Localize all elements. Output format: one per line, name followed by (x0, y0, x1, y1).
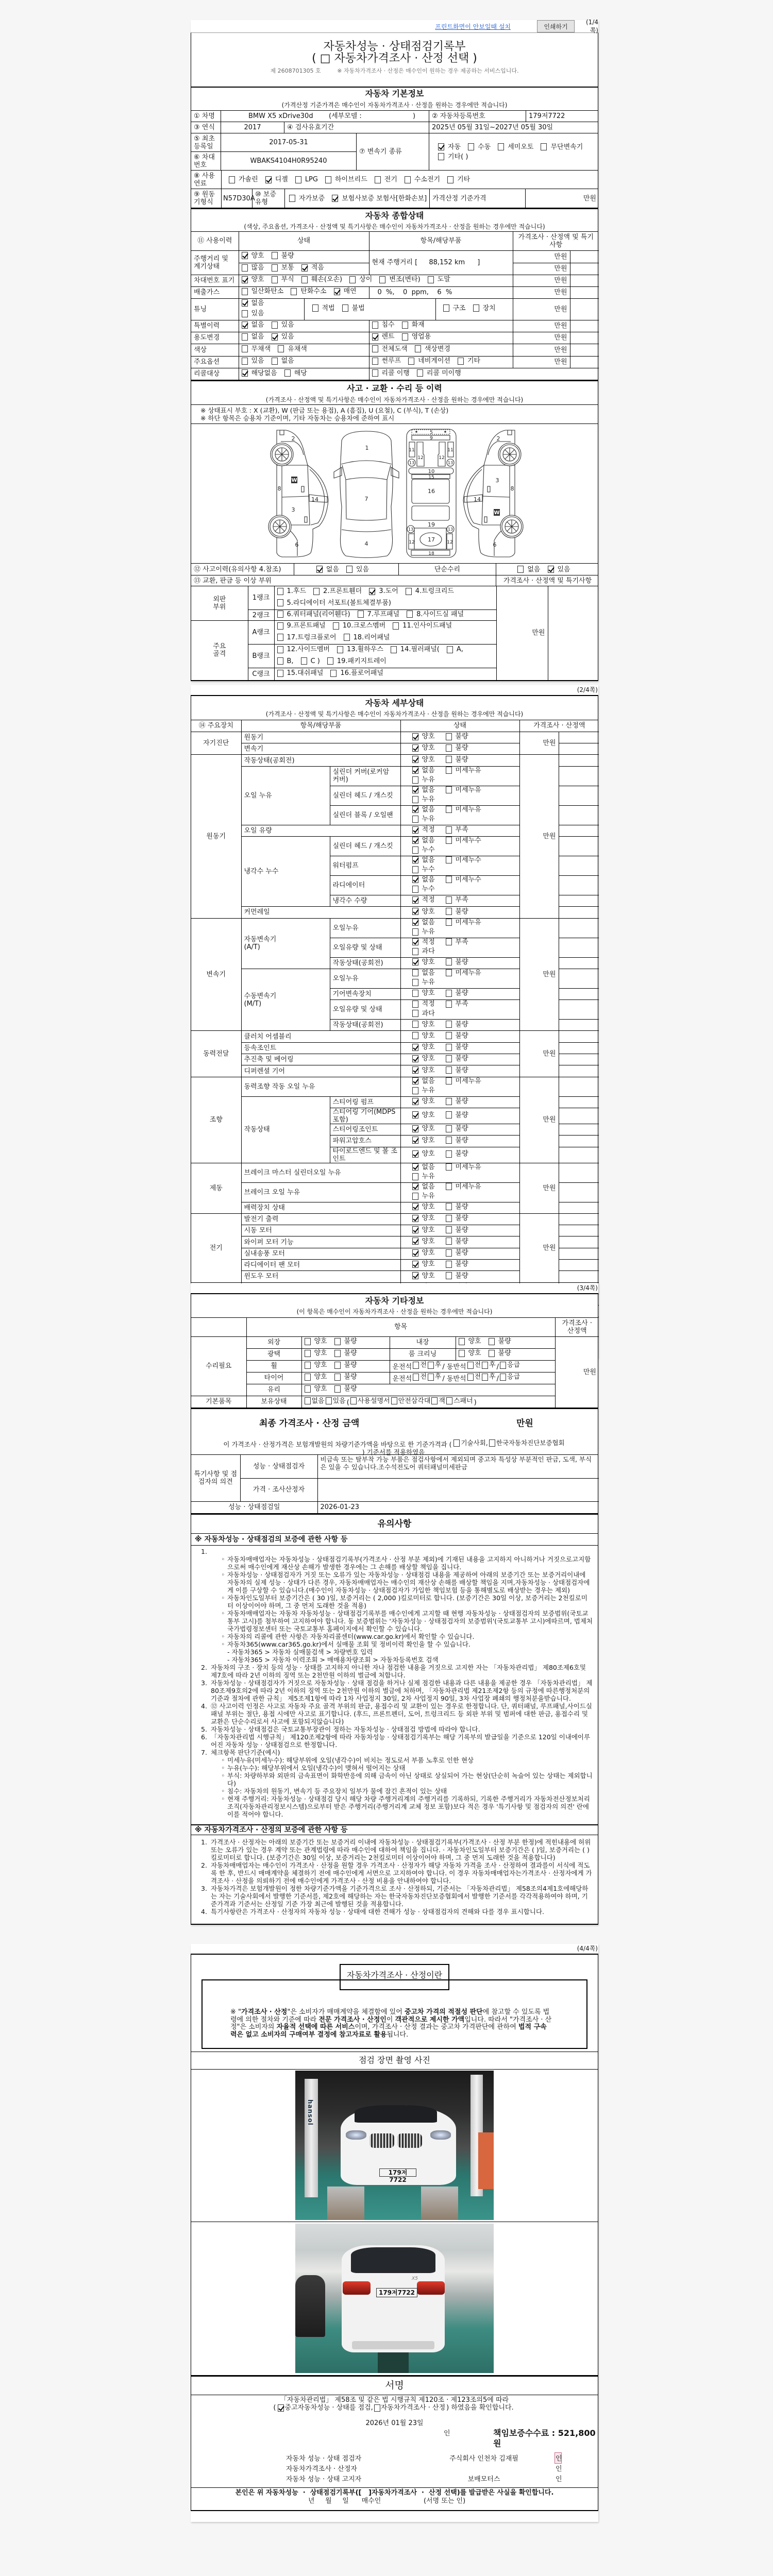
checkbox-icon[interactable] (446, 806, 452, 813)
checkbox-icon[interactable] (489, 1350, 495, 1357)
checked-checkbox-icon[interactable] (242, 252, 248, 259)
checkbox-icon[interactable] (446, 1032, 452, 1039)
checked-checkbox-icon[interactable] (412, 856, 418, 863)
checkbox-option[interactable]: 없음 (412, 1183, 446, 1191)
checkbox-option[interactable]: 양호 (412, 1032, 446, 1040)
checked-checkbox-icon[interactable] (242, 299, 248, 307)
checkbox-icon[interactable] (334, 1374, 341, 1381)
checkbox-icon[interactable] (468, 143, 474, 150)
checkbox-option[interactable]: 전기 (375, 176, 397, 183)
checkbox-option[interactable]: 세미오토 (498, 143, 533, 151)
checkbox-option[interactable]: 양호 (412, 1125, 446, 1132)
checkbox-icon[interactable] (446, 1215, 452, 1222)
checkbox-option[interactable]: 상이 (349, 276, 372, 283)
print-help-link[interactable]: 프린트화면이 안보일때 설치 (435, 22, 511, 31)
checkbox-option[interactable]: 무단변속기 (541, 143, 583, 151)
checkbox-icon[interactable] (415, 345, 421, 352)
checkbox-option[interactable]: 양호 (412, 1272, 446, 1280)
checkbox-icon[interactable] (374, 2404, 380, 2412)
checkbox-option[interactable]: 불량 (446, 989, 491, 997)
checked-checkbox-icon[interactable] (412, 733, 418, 740)
checkbox-option[interactable]: 양호 (412, 1150, 446, 1158)
checkbox-icon[interactable] (277, 634, 283, 641)
checkbox-option[interactable]: 유채색 (278, 345, 307, 353)
checkbox-option[interactable]: 부족 (446, 1000, 491, 1008)
checkbox-option[interactable]: 양호 (305, 1385, 327, 1393)
checkbox-option[interactable]: 불량 (334, 1337, 357, 1345)
checkbox-icon[interactable] (301, 657, 307, 665)
checked-checkbox-icon[interactable] (334, 288, 340, 295)
checkbox-option[interactable]: 불량 (446, 744, 491, 752)
checkbox-icon[interactable] (489, 1439, 495, 1447)
checkbox-option[interactable]: 양호 (412, 958, 446, 966)
checkbox-icon[interactable] (242, 310, 248, 317)
checked-checkbox-icon[interactable] (412, 767, 418, 774)
checkbox-option[interactable]: 없음 (412, 969, 446, 977)
checkbox-option[interactable]: 양호 (412, 1021, 446, 1028)
checked-checkbox-icon[interactable] (316, 566, 323, 573)
checkbox-option[interactable]: 양호 (242, 252, 264, 260)
checkbox-option[interactable]: 가솔린 (229, 176, 258, 183)
checkbox-icon[interactable] (446, 1021, 452, 1028)
checkbox-option[interactable]: 누유 (412, 795, 446, 803)
checkbox-option[interactable]: 적정 (412, 938, 446, 946)
checkbox-option[interactable]: 영업용 (402, 333, 431, 341)
checkbox-option[interactable]: 15.대쉬패널 (277, 669, 324, 677)
checked-checkbox-icon[interactable] (412, 1163, 418, 1171)
checkbox-icon[interactable] (500, 1374, 506, 1381)
checkbox-icon[interactable] (467, 1374, 474, 1381)
checkbox-option[interactable]: 누수 (412, 846, 446, 854)
checkbox-option[interactable]: 불량 (334, 1385, 357, 1393)
checked-checkbox-icon[interactable] (332, 195, 338, 202)
checkbox-option[interactable]: 미세누유 (446, 919, 491, 926)
checkbox-icon[interactable] (446, 1397, 452, 1404)
checkbox-icon[interactable] (446, 1203, 452, 1210)
checkbox-option[interactable]: 7.루프패널 (358, 611, 400, 618)
checkbox-option[interactable]: 일산화탄소 (242, 287, 284, 295)
checkbox-icon[interactable] (446, 1125, 452, 1132)
checkbox-option[interactable]: 불법 (342, 304, 365, 312)
checkbox-option[interactable]: 16.플로어패널 (330, 669, 383, 677)
checkbox-icon[interactable] (446, 1226, 452, 1233)
checked-checkbox-icon[interactable] (412, 1215, 418, 1222)
checkbox-option[interactable]: 없음 (242, 299, 264, 308)
checkbox-option[interactable]: 없음 (305, 1397, 325, 1405)
checkbox-icon[interactable] (391, 1397, 397, 1404)
checked-checkbox-icon[interactable] (412, 1226, 418, 1233)
checkbox-icon[interactable] (446, 1111, 452, 1118)
checkbox-option[interactable]: 불량 (446, 1260, 491, 1268)
checkbox-option[interactable]: 리콜 이행 (372, 369, 410, 377)
checkbox-option[interactable]: 적음 (301, 264, 324, 272)
checkbox-option[interactable]: 양호 (305, 1361, 327, 1369)
checked-checkbox-icon[interactable] (412, 786, 418, 793)
checkbox-icon[interactable] (453, 1439, 460, 1447)
checkbox-option[interactable]: 자가보증 (289, 195, 325, 202)
checkbox-option[interactable]: 장치 (473, 304, 496, 312)
checkbox-option[interactable]: 8.사이드실 패널 (407, 611, 464, 618)
checkbox-icon[interactable] (375, 176, 381, 183)
checkbox-option[interactable]: 전 (413, 1361, 427, 1369)
checkbox-option[interactable]: 적정 (412, 826, 446, 834)
checkbox-icon[interactable] (358, 611, 364, 618)
checkbox-option[interactable]: 불량 (334, 1349, 357, 1357)
checkbox-option[interactable]: 없음 (412, 786, 446, 794)
checkbox-option[interactable]: 불량 (446, 1272, 491, 1280)
checkbox-option[interactable]: 부족 (446, 896, 491, 904)
checkbox-option[interactable]: 네비게이션 (408, 357, 450, 365)
checkbox-option[interactable]: 양호 (412, 1097, 446, 1105)
checked-checkbox-icon[interactable] (412, 1077, 418, 1084)
checkbox-icon[interactable] (446, 1249, 452, 1257)
checkbox-icon[interactable] (446, 1272, 452, 1279)
checkbox-option[interactable]: 불량 (446, 733, 491, 740)
checked-checkbox-icon[interactable] (412, 1183, 418, 1190)
checkbox-option[interactable]: 있음 (272, 333, 294, 341)
checkbox-option[interactable]: 매연 (334, 287, 357, 295)
checked-checkbox-icon[interactable] (412, 1261, 418, 1268)
checkbox-icon[interactable] (305, 1338, 311, 1345)
checkbox-icon[interactable] (305, 1362, 311, 1369)
checkbox-option[interactable]: 리콜 미이행 (417, 369, 461, 377)
checkbox-icon[interactable] (372, 345, 378, 352)
checkbox-option[interactable]: 불량 (446, 1055, 491, 1062)
checkbox-icon[interactable] (412, 979, 418, 986)
checkbox-icon[interactable] (446, 1137, 452, 1144)
checkbox-option[interactable]: 스패너 (446, 1397, 473, 1405)
checkbox-icon[interactable] (301, 276, 308, 283)
checkbox-icon[interactable] (412, 816, 418, 823)
checkbox-option[interactable]: 19.패키지트레이 (327, 656, 386, 666)
checkbox-option[interactable]: 사용설명서 (350, 1397, 390, 1405)
checkbox-option[interactable]: 중고자동차성능 · 상태를 점검, (278, 2404, 373, 2412)
checked-checkbox-icon[interactable] (412, 837, 418, 844)
checkbox-icon[interactable] (326, 1397, 332, 1404)
checkbox-option[interactable]: 도말 (428, 276, 450, 283)
checkbox-icon[interactable] (272, 321, 278, 329)
checkbox-option[interactable]: 불량 (334, 1373, 357, 1381)
checkbox-icon[interactable] (541, 143, 547, 150)
checkbox-icon[interactable] (473, 304, 479, 312)
checkbox-icon[interactable] (313, 588, 320, 595)
checkbox-option[interactable]: 양호 (412, 1260, 446, 1268)
checkbox-icon[interactable] (446, 938, 452, 945)
checkbox-option[interactable]: 적정 (412, 896, 446, 904)
checkbox-option[interactable]: 양호 (412, 756, 446, 764)
checkbox-icon[interactable] (412, 1021, 418, 1028)
checkbox-icon[interactable] (346, 566, 352, 573)
checked-checkbox-icon[interactable] (265, 176, 272, 183)
checkbox-icon[interactable] (337, 646, 343, 653)
checked-checkbox-icon[interactable] (412, 938, 418, 945)
checkbox-option[interactable]: 과다 (412, 947, 446, 955)
checkbox-option[interactable]: 양호 (412, 1137, 446, 1144)
checkbox-option[interactable]: 양호 (412, 989, 446, 997)
checkbox-option[interactable]: 불량 (446, 1249, 491, 1257)
checkbox-option[interactable]: 6.쿼터패널(리어휀다) (277, 611, 350, 618)
checkbox-option[interactable]: 3.도어 (369, 586, 398, 596)
checkbox-option[interactable]: 17.트렁크플로어 (277, 633, 337, 642)
checkbox-icon[interactable] (446, 958, 452, 965)
checkbox-icon[interactable] (242, 345, 248, 352)
checkbox-option[interactable]: 누수 (412, 885, 446, 893)
checkbox-icon[interactable] (379, 276, 385, 283)
checkbox-icon[interactable] (242, 264, 248, 272)
checkbox-option[interactable]: 없음 (242, 333, 264, 341)
checkbox-icon[interactable] (446, 786, 452, 793)
checkbox-option[interactable]: 불량 (272, 252, 294, 260)
checkbox-option[interactable]: 양호 (305, 1337, 327, 1345)
checkbox-icon[interactable] (412, 1001, 418, 1008)
checkbox-option[interactable]: 후 (482, 1361, 496, 1369)
checkbox-option[interactable]: 썬루프 (372, 357, 401, 365)
checkbox-option[interactable]: 있음 (548, 566, 570, 573)
checkbox-option[interactable]: 불량 (489, 1349, 511, 1357)
checkbox-icon[interactable] (446, 1077, 452, 1084)
checkbox-icon[interactable] (344, 634, 350, 641)
checkbox-option[interactable]: 있음 (272, 321, 294, 329)
checkbox-option[interactable]: 양호 (412, 908, 446, 916)
checkbox-icon[interactable] (417, 369, 423, 377)
checked-checkbox-icon[interactable] (412, 1249, 418, 1257)
checkbox-icon[interactable] (402, 333, 408, 341)
checked-checkbox-icon[interactable] (412, 1137, 418, 1144)
checkbox-option[interactable]: 전 (467, 1373, 481, 1381)
checkbox-option[interactable]: 보통 (272, 264, 294, 272)
checkbox-icon[interactable] (305, 1385, 311, 1393)
checkbox-option[interactable]: 과다 (412, 1010, 446, 1018)
checkbox-option[interactable]: 부족 (446, 826, 491, 834)
checkbox-option[interactable]: 기타 (458, 357, 480, 365)
checkbox-option[interactable]: 렌트 (372, 333, 395, 341)
checked-checkbox-icon[interactable] (412, 958, 418, 965)
checkbox-option[interactable]: 불량 (489, 1337, 511, 1345)
checkbox-option[interactable]: 없음 (316, 566, 339, 573)
checkbox-icon[interactable] (458, 358, 464, 365)
checkbox-option[interactable]: 해당없음 (242, 369, 277, 377)
checkbox-option[interactable]: 양호 (412, 1238, 446, 1245)
checkbox-icon[interactable] (334, 1385, 341, 1393)
checkbox-icon[interactable] (438, 153, 444, 160)
checkbox-option[interactable]: 전체도색 (372, 345, 408, 353)
checkbox-option[interactable]: 양호 (412, 1055, 446, 1062)
checkbox-option[interactable]: 탄화수소 (291, 287, 326, 295)
checkbox-icon[interactable] (295, 176, 301, 183)
checkbox-icon[interactable] (372, 358, 378, 365)
checkbox-option[interactable]: 미세누유 (446, 1163, 491, 1171)
checkbox-option[interactable]: 잭 (431, 1397, 445, 1405)
checked-checkbox-icon[interactable] (369, 588, 375, 595)
checked-checkbox-icon[interactable] (242, 321, 248, 329)
checkbox-option[interactable]: 2.프론트휀더 (313, 586, 362, 596)
checked-checkbox-icon[interactable] (412, 756, 418, 763)
checkbox-icon[interactable] (229, 176, 235, 183)
checkbox-option[interactable]: 자동차가격조사 · 산정 (374, 2404, 445, 2412)
checkbox-option[interactable]: C ) (301, 656, 320, 666)
checkbox-icon[interactable] (277, 588, 283, 595)
checkbox-option[interactable]: 미세누수 (446, 856, 491, 864)
checked-checkbox-icon[interactable] (412, 1203, 418, 1210)
checked-checkbox-icon[interactable] (412, 1272, 418, 1279)
checkbox-option[interactable]: 불량 (446, 1097, 491, 1105)
checkbox-option[interactable]: 전 (467, 1361, 481, 1369)
checkbox-icon[interactable] (446, 1001, 452, 1008)
checkbox-icon[interactable] (446, 767, 452, 774)
checkbox-option[interactable]: 누유 (412, 1173, 446, 1180)
checkbox-option[interactable]: 불량 (446, 1137, 491, 1144)
checked-checkbox-icon[interactable] (412, 826, 418, 834)
checkbox-icon[interactable] (446, 1238, 452, 1245)
checkbox-option[interactable]: 불량 (446, 1214, 491, 1222)
checkbox-option[interactable]: 양호 (412, 1066, 446, 1074)
checkbox-icon[interactable] (289, 195, 295, 202)
checkbox-icon[interactable] (447, 176, 453, 183)
checkbox-option[interactable]: 색상변경 (415, 345, 450, 353)
checkbox-option[interactable]: 미세누유 (446, 969, 491, 977)
checkbox-option[interactable]: 누유 (412, 1087, 446, 1094)
checkbox-option[interactable]: A, (447, 645, 463, 654)
checkbox-icon[interactable] (446, 896, 452, 904)
checkbox-option[interactable]: 없음 (412, 876, 446, 884)
checkbox-option[interactable]: 불량 (446, 1021, 491, 1028)
checkbox-option[interactable]: 적법 (312, 304, 335, 312)
checkbox-option[interactable]: 누유 (412, 776, 446, 784)
checkbox-option[interactable]: 미세누유 (446, 786, 491, 794)
checked-checkbox-icon[interactable] (412, 806, 418, 813)
checkbox-option[interactable]: 무채색 (242, 345, 271, 353)
checkbox-option[interactable]: 불량 (446, 1066, 491, 1074)
checkbox-option[interactable]: 기타 (447, 176, 470, 183)
checkbox-option[interactable]: 안전삼각대 (391, 1397, 431, 1405)
checkbox-icon[interactable] (413, 1374, 419, 1381)
checkbox-icon[interactable] (405, 176, 411, 183)
checkbox-option[interactable]: 불량 (446, 908, 491, 916)
checked-checkbox-icon[interactable] (548, 566, 554, 573)
checkbox-icon[interactable] (412, 846, 418, 854)
checkbox-option[interactable]: 불량 (446, 756, 491, 764)
checkbox-option[interactable]: 없음 (412, 919, 446, 926)
checkbox-option[interactable]: 전 (413, 1373, 427, 1381)
checkbox-option[interactable]: 없음 (412, 767, 446, 774)
checkbox-option[interactable]: 있음 (346, 566, 369, 573)
checkbox-icon[interactable] (428, 1362, 434, 1369)
checkbox-icon[interactable] (498, 143, 504, 150)
checkbox-option[interactable]: 누유 (412, 1192, 446, 1200)
checkbox-icon[interactable] (446, 919, 452, 926)
checkbox-option[interactable]: 있음 (242, 357, 264, 365)
checkbox-option[interactable]: 후 (428, 1373, 442, 1381)
checkbox-option[interactable]: 불량 (446, 1032, 491, 1040)
checkbox-icon[interactable] (291, 288, 297, 295)
checked-checkbox-icon[interactable] (438, 143, 444, 150)
checkbox-option[interactable]: 응급 (500, 1373, 520, 1381)
checkbox-icon[interactable] (372, 321, 378, 329)
checkbox-option[interactable]: 누유 (412, 815, 446, 823)
checkbox-icon[interactable] (333, 622, 339, 630)
checkbox-icon[interactable] (446, 756, 452, 763)
checkbox-icon[interactable] (334, 1362, 341, 1369)
checkbox-option[interactable]: 미세누유 (446, 1077, 491, 1085)
checkbox-option[interactable]: 디젤 (265, 176, 288, 183)
checkbox-option[interactable]: 보험사보증 보험사[한화손보] (332, 195, 427, 202)
checkbox-icon[interactable] (446, 1150, 452, 1158)
checked-checkbox-icon[interactable] (412, 1055, 418, 1062)
checkbox-option[interactable]: 양호 (412, 1111, 446, 1119)
checkbox-icon[interactable] (325, 176, 331, 183)
checkbox-icon[interactable] (467, 1362, 474, 1369)
checkbox-option[interactable]: 양호 (412, 1249, 446, 1257)
checkbox-option[interactable]: 불량 (334, 1361, 357, 1369)
checkbox-icon[interactable] (412, 1193, 418, 1200)
checked-checkbox-icon[interactable] (412, 1125, 418, 1132)
checkbox-icon[interactable] (393, 622, 399, 630)
checkbox-icon[interactable] (446, 1163, 452, 1171)
checkbox-option[interactable]: B, (277, 656, 294, 666)
checkbox-icon[interactable] (305, 1374, 311, 1381)
checkbox-option[interactable]: 9.프론트패널 (277, 621, 326, 631)
checkbox-option[interactable]: 불량 (446, 958, 491, 966)
checkbox-option[interactable]: 훼손(오손) (301, 276, 342, 283)
checked-checkbox-icon[interactable] (372, 333, 378, 341)
checkbox-option[interactable]: 구조 (443, 304, 466, 312)
checkbox-option[interactable]: 없음 (412, 856, 446, 864)
checkbox-icon[interactable] (412, 866, 418, 873)
checkbox-icon[interactable] (412, 1087, 418, 1094)
checkbox-icon[interactable] (482, 1362, 488, 1369)
checked-checkbox-icon[interactable] (412, 919, 418, 926)
checked-checkbox-icon[interactable] (412, 1150, 418, 1158)
checkbox-option[interactable]: 없음 (412, 1077, 446, 1085)
checkbox-icon[interactable] (446, 837, 452, 844)
checked-checkbox-icon[interactable] (412, 1098, 418, 1105)
checkbox-icon[interactable] (277, 622, 283, 630)
checkbox-option[interactable]: 양호 (412, 1203, 446, 1211)
checkbox-icon[interactable] (412, 1173, 418, 1180)
checkbox-icon[interactable] (446, 969, 452, 976)
checkbox-icon[interactable] (482, 1374, 488, 1381)
checkbox-icon[interactable] (443, 304, 449, 312)
checkbox-option[interactable]: 한국자동차진단보증협회 (489, 1439, 565, 1447)
checkbox-icon[interactable] (334, 1338, 341, 1345)
checkbox-option[interactable]: 1.후드 (277, 586, 307, 596)
checked-checkbox-icon[interactable] (412, 1044, 418, 1051)
checkbox-option[interactable]: 12.사이드멤버 (277, 645, 330, 654)
checkbox-option[interactable]: 없음 (412, 837, 446, 844)
checked-checkbox-icon[interactable] (242, 369, 248, 377)
checkbox-icon[interactable] (391, 646, 397, 653)
checkbox-icon[interactable] (312, 304, 318, 312)
checkbox-option[interactable]: 양호 (412, 1214, 446, 1222)
checkbox-icon[interactable] (342, 304, 348, 312)
checkbox-icon[interactable] (431, 1397, 438, 1404)
checkbox-icon[interactable] (277, 599, 283, 606)
checkbox-option[interactable]: 양호 (459, 1349, 481, 1357)
checked-checkbox-icon[interactable] (412, 896, 418, 904)
checkbox-icon[interactable] (413, 1362, 419, 1369)
checked-checkbox-icon[interactable] (412, 1111, 418, 1118)
checkbox-icon[interactable] (446, 908, 452, 915)
checked-checkbox-icon[interactable] (412, 908, 418, 915)
checkbox-option[interactable]: 누유 (412, 978, 446, 986)
checkbox-icon[interactable] (327, 657, 333, 665)
checkbox-icon[interactable] (446, 1044, 452, 1051)
checkbox-icon[interactable] (242, 333, 248, 341)
checkbox-option[interactable]: 수소전기 (405, 176, 440, 183)
checkbox-option[interactable]: 불량 (446, 1150, 491, 1158)
checked-checkbox-icon[interactable] (412, 1066, 418, 1074)
checked-checkbox-icon[interactable] (242, 276, 248, 283)
